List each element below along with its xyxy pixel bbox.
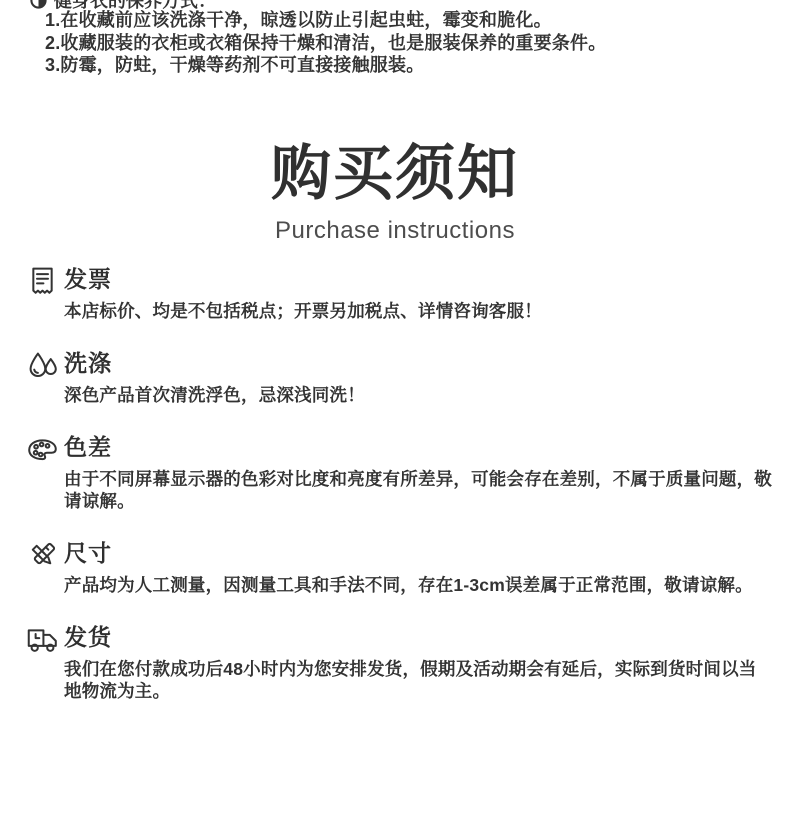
care-note-header-text: 健身衣的保养方式：: [54, 0, 216, 9]
section-invoice: 发票 本店标价、均是不包括税点；开票另加税点、详情咨询客服！: [26, 264, 772, 322]
truck-icon: [26, 622, 64, 702]
care-note-list: 1.在收藏前应该洗涤干净，晾透以防止引起虫蛀，霉变和脆化。 2.收藏服装的衣柜或…: [0, 9, 790, 77]
page-title: 购买须知: [0, 139, 790, 209]
purchase-instructions-page: 健身衣的保养方式： 1.在收藏前应该洗涤干净，晾透以防止引起虫蛀，霉变和脆化。 …: [0, 0, 790, 833]
care-note-item: 2.收藏服装的衣柜或衣箱保持干燥和清洁，也是服装保养的重要条件。: [45, 32, 770, 55]
half-circle-bullet-icon: [30, 0, 47, 9]
pencil-ruler-icon: [26, 538, 64, 596]
palette-icon: [26, 432, 64, 512]
instruction-sections: 发票 本店标价、均是不包括税点；开票另加税点、详情咨询客服！ 洗涤 深色产品首次…: [0, 264, 790, 702]
section-body: 我们在您付款成功后48小时内为您安排发货，假期及活动期会有延后，实际到货时间以当…: [64, 658, 772, 702]
care-note-header-clipped: 健身衣的保养方式：: [0, 0, 790, 9]
section-body: 深色产品首次清洗浮色，忌深浅同洗！: [64, 384, 772, 406]
section-washing: 洗涤 深色产品首次清洗浮色，忌深浅同洗！: [26, 348, 772, 406]
section-title: 色差: [64, 432, 772, 462]
care-note-item: 3.防霉，防蛀，干燥等药剂不可直接接触服装。: [45, 54, 770, 77]
section-title: 发货: [64, 622, 772, 652]
section-body: 由于不同屏幕显示器的色彩对比度和亮度有所差异，可能会存在差别，不属于质量问题，敬…: [64, 468, 772, 512]
section-shipping: 发货 我们在您付款成功后48小时内为您安排发货，假期及活动期会有延后，实际到货时…: [26, 622, 772, 702]
water-drops-icon: [26, 348, 64, 406]
page-subtitle: Purchase instructions: [0, 218, 790, 244]
section-title: 洗涤: [64, 348, 772, 378]
section-body: 本店标价、均是不包括税点；开票另加税点、详情咨询客服！: [64, 300, 772, 322]
section-title: 尺寸: [64, 538, 772, 568]
main-header: 购买须知 Purchase instructions: [0, 139, 790, 244]
section-body: 产品均为人工测量，因测量工具和手法不同，存在1-3cm误差属于正常范围，敬请谅解…: [64, 574, 772, 596]
section-title: 发票: [64, 264, 772, 294]
receipt-icon: [26, 264, 64, 322]
section-color-difference: 色差 由于不同屏幕显示器的色彩对比度和亮度有所差异，可能会存在差别，不属于质量问…: [26, 432, 772, 512]
care-note-item: 1.在收藏前应该洗涤干净，晾透以防止引起虫蛀，霉变和脆化。: [45, 9, 770, 32]
section-size: 尺寸 产品均为人工测量，因测量工具和手法不同，存在1-3cm误差属于正常范围，敬…: [26, 538, 772, 596]
